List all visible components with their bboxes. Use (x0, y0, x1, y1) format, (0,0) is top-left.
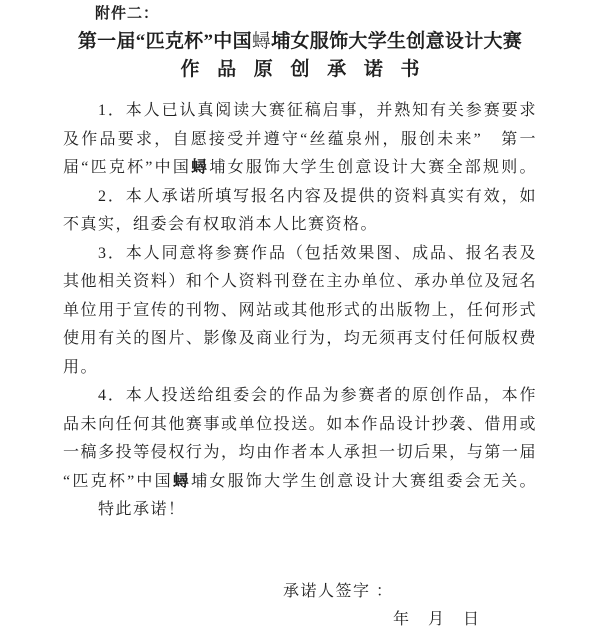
body-line: 其他相关资料）和个人资料刊登在主办单位、承办单位及冠名 (63, 268, 537, 297)
body-line: 品未向任何其他赛事或单位投送。如本作品设计抄袭、借用或 (63, 411, 537, 440)
document-title-line2: 作品原创承诺书 (63, 57, 537, 83)
body-line: 一稿多投等侵权行为，均由作者本人承担一切后果，与第一届 (63, 439, 537, 468)
body-line: 特此承诺！ (63, 496, 537, 525)
body-line: “匹克杯”中国蟳埔女服饰大学生创意设计大赛组委会无关。 (63, 468, 537, 497)
document-body: 1．本人已认真阅读大赛征稿启事，并熟知有关参赛要求 及作品要求，自愿接受并遵守“… (63, 97, 537, 525)
attachment-label: 附件二： (95, 3, 537, 25)
body-line: 届“匹克杯”中国蟳埔女服饰大学生创意设计大赛全部规则。 (63, 154, 537, 183)
signature-label: 承诺人签字 ： (283, 578, 537, 607)
body-line: 4．本人投送给组委会的作品为参赛者的原创作品，本作 (63, 382, 537, 411)
body-line: 单位用于宣传的刊物、网站或其他形式的出版物上，任何形式 (63, 297, 537, 326)
body-line: 不真实，组委会有权取消本人比赛资格。 (63, 211, 537, 240)
body-line: 1．本人已认真阅读大赛征稿启事，并熟知有关参赛要求 (63, 97, 537, 126)
commitment-letter-page: 附件二： 第一届“匹克杯”中国蟳埔女服饰大学生创意设计大赛 作品原创承诺书 1．… (0, 0, 599, 632)
date-label: 年 月 日 (393, 606, 537, 632)
body-line: 用。 (63, 354, 537, 383)
document-title-line1: 第一届“匹克杯”中国蟳埔女服饰大学生创意设计大赛 (63, 29, 537, 55)
body-line: 2．本人承诺所填写报名内容及提供的资料真实有效，如 (63, 183, 537, 212)
body-line: 及作品要求，自愿接受并遵守“丝蕴泉州，服创未来” 第一 (63, 126, 537, 155)
body-line: 使用有关的图片、影像及商业行为，均无须再支付任何版权费 (63, 325, 537, 354)
body-line: 3．本人同意将参赛作品（包括效果图、成品、报名表及 (63, 240, 537, 269)
